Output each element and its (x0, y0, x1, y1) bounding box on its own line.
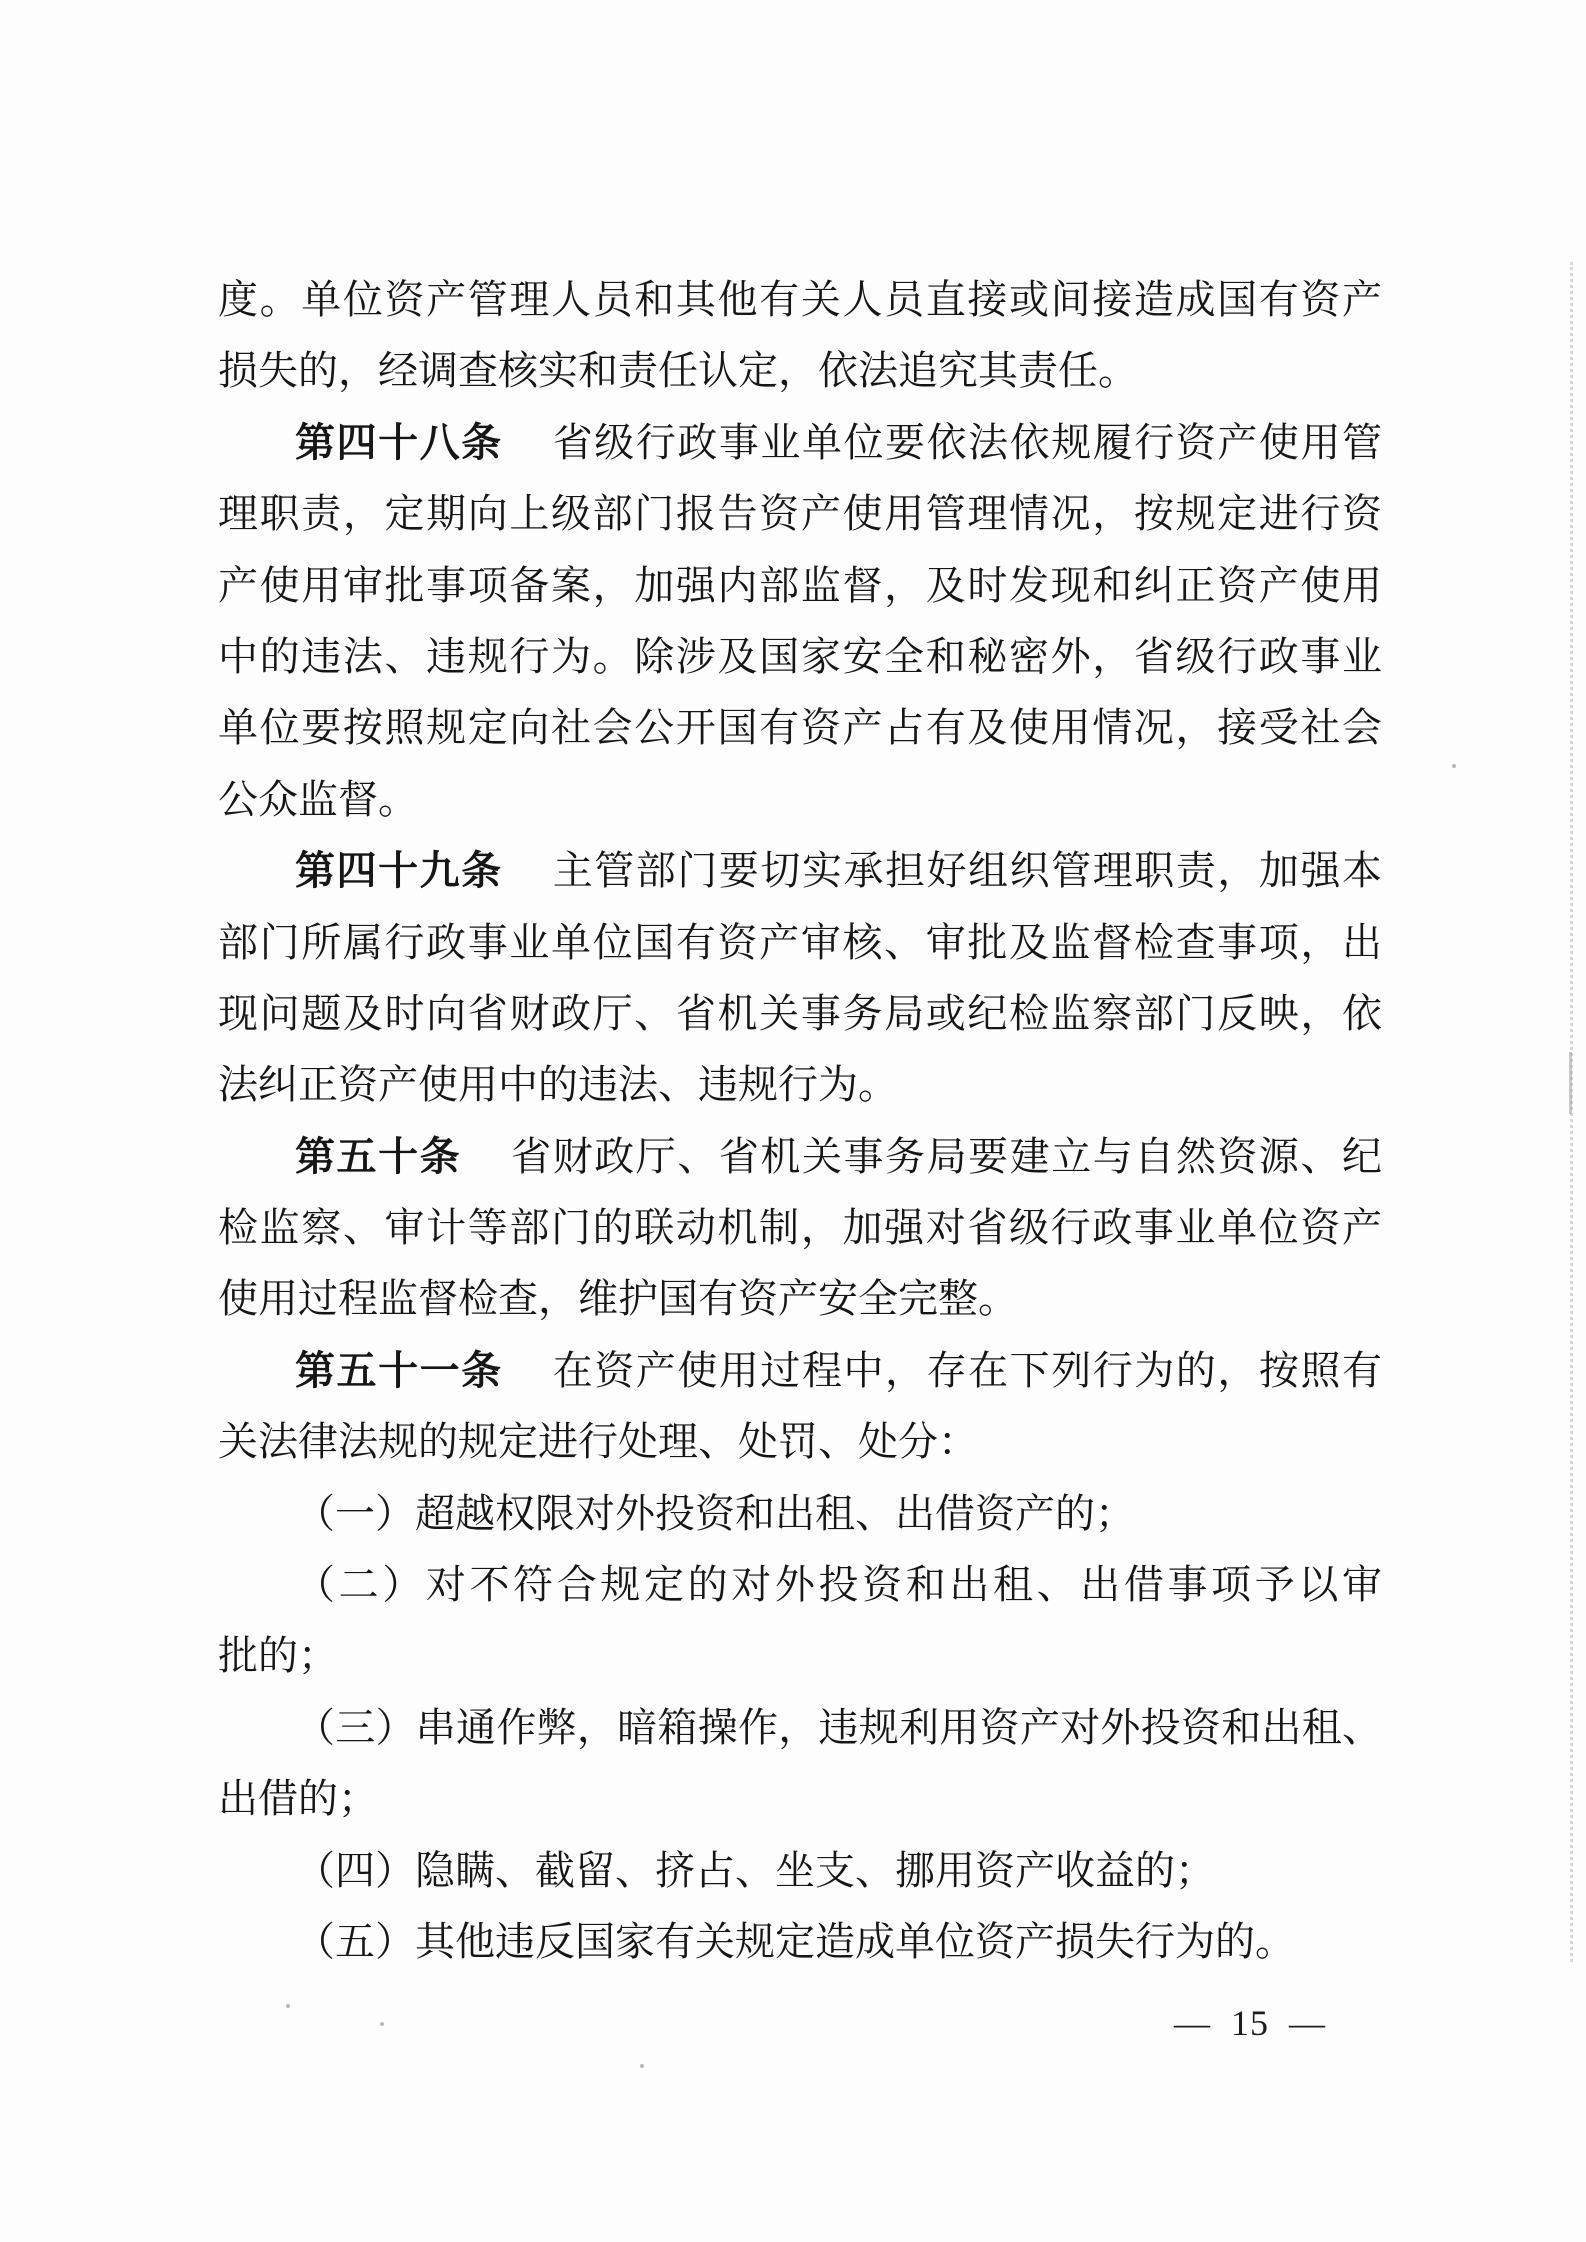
document-text-block: 度。单位资产管理人员和其他有关人员直接或间接造成国有资产 损失的，经调查核实和责… (218, 264, 1382, 1977)
text-line: 损失的，经调查核实和责任认定，依法追究其责任。 (218, 335, 1382, 406)
page-number: — 15 — (1100, 2002, 1400, 2044)
article-number: 第五十条 (295, 1134, 461, 1179)
line-text: 法纠正资产使用中的违法、违规行为。 (218, 1062, 898, 1107)
scanned-document-page: { "doc": { "lines": [ { "text": "度。单位资产管… (0, 0, 1586, 2242)
line-text: 批的； (218, 1633, 338, 1678)
list-item: （四）隐瞒、截留、挤占、坐支、挪用资产收益的； (218, 1835, 1382, 1906)
line-text: 单位要按照规定向社会公开国有资产占有及使用情况，接受社会 (218, 705, 1382, 750)
text-line: 批的； (218, 1620, 1382, 1691)
text-line: 第四十八条省级行政事业单位要依法依规履行资产使用管 (218, 407, 1382, 478)
list-item: （三）串通作弊，暗箱操作，违规利用资产对外投资和出租、 (218, 1692, 1382, 1763)
line-text: 部门所属行政事业单位国有资产审核、审批及监督检查事项，出 (218, 920, 1382, 965)
text-line: 度。单位资产管理人员和其他有关人员直接或间接造成国有资产 (218, 264, 1382, 335)
text-line: 现问题及时向省财政厅、省机关事务局或纪检监察部门反映，依 (218, 978, 1382, 1049)
line-text: （五）其他违反国家有关规定造成单位资产损失行为的。 (295, 1919, 1295, 1964)
list-item: （二）对不符合规定的对外投资和出租、出借事项予以审 (218, 1549, 1382, 1620)
line-text: （二）对不符合规定的对外投资和出租、出借事项予以审 (295, 1562, 1382, 1607)
text-line: 法纠正资产使用中的违法、违规行为。 (218, 1049, 1382, 1120)
line-text: 度。单位资产管理人员和其他有关人员直接或间接造成国有资产 (218, 277, 1382, 322)
line-text: 主管部门要切实承担好组织管理职责，加强本 (553, 848, 1382, 893)
line-text: 省财政厅、省机关事务局要建立与自然资源、纪 (511, 1134, 1382, 1179)
scan-artifact-dash (1569, 1052, 1572, 1114)
line-text: 省级行政事业单位要依法依规履行资产使用管 (553, 420, 1382, 465)
line-text: 使用过程监督检查，维护国有资产安全完整。 (218, 1276, 1018, 1321)
line-text: 损失的，经调查核实和责任认定，依法追究其责任。 (218, 348, 1138, 393)
text-line: 第五十条省财政厅、省机关事务局要建立与自然资源、纪 (218, 1121, 1382, 1192)
line-text: 现问题及时向省财政厅、省机关事务局或纪检监察部门反映，依 (218, 991, 1382, 1036)
article-number: 第五十一条 (295, 1348, 503, 1393)
text-line: 使用过程监督检查，维护国有资产安全完整。 (218, 1263, 1382, 1334)
text-line: 中的违法、违规行为。除涉及国家安全和秘密外，省级行政事业 (218, 621, 1382, 692)
line-text: （三）串通作弊，暗箱操作，违规利用资产对外投资和出租、 (295, 1705, 1382, 1750)
text-line: 产使用审批事项备案，加强内部监督，及时发现和纠正资产使用 (218, 550, 1382, 621)
line-text: 理职责，定期向上级部门报告资产使用管理情况，按规定进行资 (218, 491, 1382, 536)
text-line: 检监察、审计等部门的联动机制，加强对省级行政事业单位资产 (218, 1192, 1382, 1263)
article-number: 第四十八条 (295, 420, 503, 465)
text-line: 关法律法规的规定进行处理、处罚、处分： (218, 1406, 1382, 1477)
text-line: 第五十一条在资产使用过程中，存在下列行为的，按照有 (218, 1335, 1382, 1406)
text-line: 部门所属行政事业单位国有资产审核、审批及监督检查事项，出 (218, 907, 1382, 978)
scan-speck (640, 2064, 644, 2068)
line-text: 公众监督。 (218, 777, 418, 822)
line-text: 中的违法、违规行为。除涉及国家安全和秘密外，省级行政事业 (218, 634, 1382, 679)
text-line: 第四十九条主管部门要切实承担好组织管理职责，加强本 (218, 835, 1382, 906)
line-text: 出借的； (218, 1776, 378, 1821)
line-text: 在资产使用过程中，存在下列行为的，按照有 (553, 1348, 1382, 1393)
list-item: （一）超越权限对外投资和出租、出借资产的； (218, 1478, 1382, 1549)
line-text: 检监察、审计等部门的联动机制，加强对省级行政事业单位资产 (218, 1205, 1382, 1250)
line-text: 产使用审批事项备案，加强内部监督，及时发现和纠正资产使用 (218, 563, 1382, 608)
text-line: 出借的； (218, 1763, 1382, 1834)
article-number: 第四十九条 (295, 848, 503, 893)
text-line: 公众监督。 (218, 764, 1382, 835)
text-line: 理职责，定期向上级部门报告资产使用管理情况，按规定进行资 (218, 478, 1382, 549)
scan-speck (286, 2004, 290, 2008)
line-text: 关法律法规的规定进行处理、处罚、处分： (218, 1419, 978, 1464)
scan-speck (1452, 764, 1456, 768)
line-text: （四）隐瞒、截留、挤占、坐支、挪用资产收益的； (295, 1848, 1215, 1893)
scan-speck (380, 2022, 384, 2026)
text-line: 单位要按照规定向社会公开国有资产占有及使用情况，接受社会 (218, 692, 1382, 763)
line-text: （一）超越权限对外投资和出租、出借资产的； (295, 1491, 1135, 1536)
list-item: （五）其他违反国家有关规定造成单位资产损失行为的。 (218, 1906, 1382, 1977)
